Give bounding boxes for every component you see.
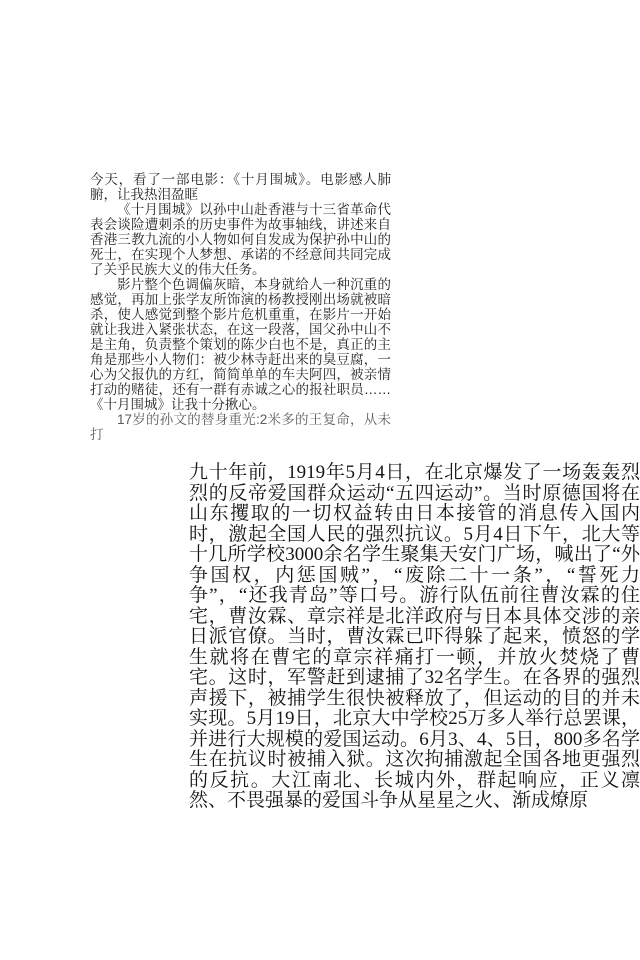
review-paragraph-intro: 今天，看了一部电影：《十月围城》。电影感人肺腑，让我热泪盈眶 bbox=[90, 172, 391, 202]
movie-review-text-block: 今天，看了一部电影：《十月围城》。电影感人肺腑，让我热泪盈眶 《十月围城》以孙中… bbox=[90, 172, 391, 442]
review-paragraph-impression: 影片整个色调偏灰暗，本身就给人一种沉重的感觉，再加上张学友所饰演的杨教授刚出场就… bbox=[90, 277, 391, 412]
history-essay-text-block: 九十年前，1919年5月4日，在北京爆发了一场轰轰烈烈的反帝爱国群众运动“五四运… bbox=[189, 463, 640, 812]
document-page: 今天，看了一部电影：《十月围城》。电影感人肺腑，让我热泪盈眶 《十月围城》以孙中… bbox=[0, 0, 640, 960]
review-paragraph-plot: 《十月围城》以孙中山赴香港与十三省革命代表会谈险遭刺杀的历史事件为故事轴线，讲述… bbox=[90, 202, 391, 277]
review-paragraph-characters-truncated: 17岁的孙文的替身重光:2米多的王复命，从未打 bbox=[90, 412, 391, 442]
essay-paragraph-may-fourth: 九十年前，1919年5月4日，在北京爆发了一场轰轰烈烈的反帝爱国群众运动“五四运… bbox=[189, 463, 640, 812]
